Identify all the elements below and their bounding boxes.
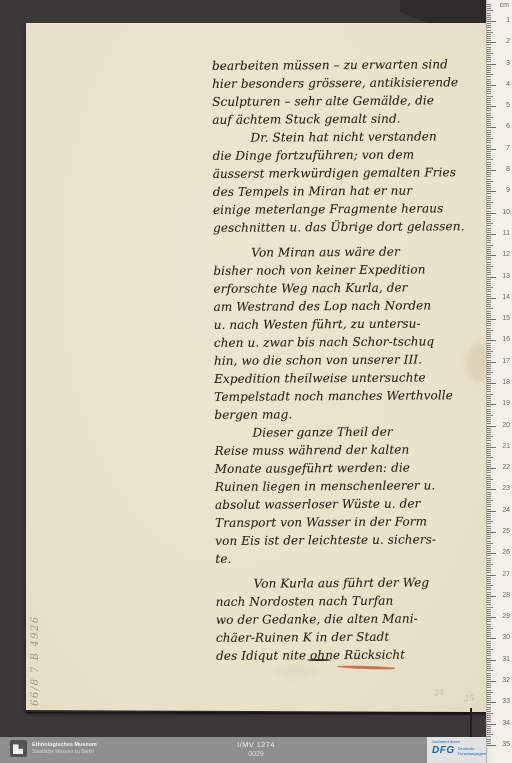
ruler-tick [487, 592, 491, 593]
ruler-cm-label: 22 [496, 464, 510, 472]
ruler-tick [487, 172, 491, 173]
ruler-tick [487, 81, 491, 82]
manuscript-line: hier besonders grössere, antikisierende [212, 73, 478, 93]
ruler-tick [487, 251, 491, 252]
ruler-cm-label: 11 [496, 230, 510, 238]
manuscript-line: Expedition theilweise untersuchte [214, 368, 480, 388]
ruler-tick [487, 72, 491, 73]
ruler-tick [487, 438, 491, 439]
ruler-tick [487, 711, 491, 712]
ruler-tick [487, 745, 496, 746]
ruler-cm-label: 23 [496, 485, 510, 493]
ruler-tick [487, 89, 491, 90]
signature-block: I/MV 1274 0029 [237, 740, 275, 759]
ruler-tick [487, 23, 491, 24]
ruler-tick [487, 409, 491, 410]
ruler-tick [487, 345, 491, 346]
museum-logo-block: Ethnologisches Museum Staatliche Museen … [10, 740, 97, 757]
ruler-tick [487, 717, 491, 718]
ruler-tick [487, 96, 493, 97]
ruler-tick [487, 655, 491, 656]
ruler-tick [487, 357, 491, 358]
ruler-tick [487, 340, 496, 341]
ruler-cm-label: 35 [496, 741, 510, 749]
ruler-tick [487, 98, 491, 99]
ruler-tick [487, 417, 491, 418]
ruler-cm-label: 32 [496, 677, 510, 685]
manuscript-paragraph: Von Miran aus wäre derbisher noch von ke… [213, 242, 480, 424]
ruler-tick [487, 485, 491, 486]
ruler-tick [487, 193, 491, 194]
ruler-tick [487, 481, 491, 482]
ruler-tick [487, 500, 493, 501]
ruler-tick [487, 268, 491, 269]
ruler-tick [487, 211, 491, 212]
ruler-tick [487, 270, 491, 271]
ruler-cm-label: 16 [496, 336, 510, 344]
ruler-tick [487, 696, 491, 697]
ruler-tick [487, 183, 491, 184]
ruler-tick [487, 91, 491, 92]
ruler-tick [487, 123, 491, 124]
ruler-tick [487, 560, 491, 561]
ruler-tick [487, 549, 491, 550]
ruler-tick [487, 687, 491, 688]
ruler-tick [487, 136, 491, 137]
ruler-tick [487, 477, 491, 478]
ruler-tick [487, 8, 491, 9]
ruler-tick [487, 426, 496, 427]
ruler-tick [487, 607, 493, 608]
ruler-tick [487, 721, 491, 722]
ruler-tick [487, 140, 491, 141]
ruler-tick [487, 257, 491, 258]
ruler-tick [487, 704, 491, 705]
manuscript-line: bearbeiten müssen – zu erwarten sind [212, 55, 478, 75]
ruler-cm-label: 1 [496, 17, 510, 25]
ruler-cm-label: 21 [496, 443, 510, 451]
ruler-cm-label: 19 [496, 400, 510, 408]
ruler-tick [487, 492, 491, 493]
ruler-tick [487, 287, 493, 288]
manuscript-line: Von Miran aus wäre der [213, 242, 479, 262]
ruler-tick [487, 732, 491, 733]
ruler-cm-label: 18 [496, 379, 510, 387]
ruler-tick [487, 402, 491, 403]
ruler-tick [487, 100, 491, 101]
ruler-tick [487, 17, 491, 18]
manuscript-line: u. nach Westen führt, zu untersu- [214, 314, 480, 334]
ruler-tick [487, 558, 491, 559]
ruler-tick [487, 311, 491, 312]
ruler-tick [487, 321, 491, 322]
ruler-tick [487, 521, 493, 522]
ruler-tick [487, 528, 491, 529]
ruler-tick [487, 651, 491, 652]
ruler-tick [487, 543, 493, 544]
ruler-tick [487, 430, 491, 431]
ruler-tick [487, 355, 491, 356]
ruler-tick [487, 76, 491, 77]
ruler-tick [487, 291, 491, 292]
ruler-tick [487, 27, 491, 28]
ruler-tick [487, 79, 491, 80]
ruler-tick [487, 555, 491, 556]
ruler-tick [487, 662, 491, 663]
manuscript-paragraph: Dr. Stein hat nicht verstandendie Dinge … [212, 127, 479, 237]
ruler-tick [487, 15, 491, 16]
ruler-tick [487, 185, 491, 186]
ruler-tick [487, 351, 493, 352]
ruler-tick [487, 30, 491, 31]
ruler-tick [487, 64, 496, 65]
ruler-tick [487, 68, 491, 69]
ruler-tick [487, 489, 496, 490]
ruler-tick [487, 636, 491, 637]
handwriting-block: bearbeiten müssen – zu erwarten sindhier… [212, 55, 482, 665]
ruler-tick [487, 34, 491, 35]
ruler-tick [487, 511, 496, 512]
manuscript-line: nach Nordosten nach Turfan [216, 591, 482, 611]
ruler-tick [487, 283, 491, 284]
ruler-tick [487, 44, 491, 45]
ruler-tick [487, 396, 491, 397]
ruler-tick [487, 204, 491, 205]
ruler-tick [487, 330, 493, 331]
ruler-tick [487, 117, 493, 118]
ink-underline-ohne [307, 659, 331, 661]
manuscript-line: äusserst merkwürdigen gemalten Fries [213, 163, 479, 183]
ruler-tick [487, 389, 491, 390]
ruler-tick [487, 741, 491, 742]
ruler-tick [487, 515, 491, 516]
ruler-tick [487, 374, 491, 375]
ruler-tick [487, 541, 491, 542]
ruler-tick [487, 247, 491, 248]
ruler-tick [487, 127, 496, 128]
ruler-tick [487, 619, 491, 620]
ruler-tick [487, 147, 491, 148]
ruler-tick [487, 59, 491, 60]
manuscript-line: Monate ausgeführt werden: die [215, 458, 481, 478]
ruler-cm-label: 33 [496, 698, 510, 706]
ruler-tick [487, 532, 496, 533]
ruler-tick [487, 223, 493, 224]
ruler-tick [487, 308, 493, 309]
ruler-tick [487, 319, 496, 320]
manuscript-line: wo der Gedanke, die alten Mani- [216, 609, 482, 629]
manuscript-line: von Eis ist der leichteste u. sichers- [215, 530, 481, 550]
ruler-tick [487, 404, 496, 405]
funding-prefix: Gefördert durch [432, 739, 460, 744]
ruler-tick [487, 245, 493, 246]
ruler-tick [487, 57, 491, 58]
ruler-cm-label: 9 [496, 187, 510, 195]
ruler-tick [487, 281, 491, 282]
ruler-tick [487, 306, 491, 307]
ruler-tick [487, 685, 491, 686]
ruler-cm-label: 17 [496, 358, 510, 366]
ruler-tick [487, 125, 491, 126]
ruler-tick [487, 372, 493, 373]
ruler-tick [487, 181, 493, 182]
manuscript-line: einige meterlange Fragmente heraus [213, 199, 479, 219]
ruler-tick [487, 668, 491, 669]
ruler-tick [487, 366, 491, 367]
ruler-tick [487, 585, 493, 586]
ruler-tick [487, 572, 491, 573]
ruler-tick [487, 679, 491, 680]
paper-stain [276, 663, 316, 679]
ruler-tick [487, 545, 491, 546]
ruler-tick [487, 709, 491, 710]
ruler-tick [487, 108, 491, 109]
ruler-tick [487, 517, 491, 518]
manuscript-line: Transport von Wasser in der Form [215, 512, 481, 532]
ruler-tick [487, 274, 491, 275]
ruler-cm-label: 8 [496, 166, 510, 174]
manuscript-line: am Westrand des Lop nach Norden [214, 296, 480, 316]
ruler-tick [487, 304, 491, 305]
ruler-tick [487, 364, 491, 365]
ruler-tick [487, 702, 496, 703]
ruler-tick [487, 536, 491, 537]
ruler-tick [487, 353, 491, 354]
ruler-tick [487, 221, 491, 222]
ruler-tick [487, 602, 491, 603]
ruler-tick [487, 4, 491, 5]
ruler-tick [487, 470, 491, 471]
ruler-tick [487, 406, 491, 407]
ruler-tick [487, 272, 491, 273]
ruler-cm-label: 28 [496, 592, 510, 600]
ruler-tick [487, 157, 491, 158]
manuscript-line: Ruinen liegen in menschenleerer u. [215, 476, 481, 496]
ruler-tick [487, 726, 491, 727]
ruler-tick [487, 615, 491, 616]
ruler-tick [487, 113, 491, 114]
ruler-tick [487, 338, 491, 339]
ruler-tick [487, 187, 491, 188]
ruler-tick [487, 387, 491, 388]
ruler-tick [487, 368, 491, 369]
ruler-tick [487, 115, 491, 116]
ruler-tick [487, 624, 491, 625]
museum-logo-icon [10, 740, 27, 757]
ruler-tick [487, 242, 491, 243]
ruler-tick [487, 155, 491, 156]
ruler-tick [487, 198, 491, 199]
pencil-mark: 25 [463, 693, 474, 703]
ruler-tick [487, 460, 491, 461]
manuscript-line: die Dinge fortzuführen; von dem [213, 145, 479, 165]
ruler-tick [487, 464, 491, 465]
ruler-tick [487, 694, 491, 695]
ruler-tick [487, 415, 493, 416]
ruler-cm-label: 30 [496, 634, 510, 642]
ruler-tick [487, 449, 491, 450]
manuscript-line: des Idiqut nite ohne Rücksicht [216, 645, 482, 665]
ruler-tick [487, 328, 491, 329]
ruler-tick [487, 266, 493, 267]
manuscript-line: bergen mag. [214, 404, 480, 424]
ruler-cm-label: 13 [496, 273, 510, 281]
ruler-tick [487, 421, 491, 422]
ruler-tick [487, 589, 491, 590]
ruler-tick [487, 457, 493, 458]
ruler-tick [487, 85, 496, 86]
ruler-tick [487, 289, 491, 290]
ruler-tick [487, 42, 496, 43]
manuscript-paragraph: bearbeiten müssen – zu erwarten sindhier… [212, 55, 478, 129]
ruler-tick [487, 538, 491, 539]
manuscript-line: absolut wasserloser Wüste u. der [215, 494, 481, 514]
ruler-tick [487, 600, 491, 601]
manuscript-line: Von Kurla aus führt der Weg [215, 573, 481, 593]
ruler-tick [487, 102, 491, 103]
ruler-tick [487, 383, 496, 384]
ruler-cm-label: 4 [496, 81, 510, 89]
ruler-tick [487, 566, 491, 567]
ruler-tick [487, 294, 491, 295]
ruler-tick [487, 381, 491, 382]
ruler-tick [487, 428, 491, 429]
ruler-tick [487, 443, 491, 444]
ruler-tick [487, 47, 491, 48]
ruler-tick [487, 159, 493, 160]
ruler-tick [487, 196, 491, 197]
manuscript-paragraph: Dieser ganze Theil derReise muss während… [214, 422, 481, 568]
ruler-tick [487, 575, 496, 576]
ruler-tick [487, 370, 491, 371]
ruler-tick [487, 547, 491, 548]
ruler-tick [487, 526, 491, 527]
ruler-cm-label: 26 [496, 549, 510, 557]
museum-subtitle: Staatliche Museen zu Berlin [32, 749, 97, 755]
ruler-tick [487, 551, 491, 552]
ruler-tick [487, 743, 491, 744]
ruler-tick [487, 423, 491, 424]
ruler-tick [487, 332, 491, 333]
ruler-cm-label: 10 [496, 209, 510, 217]
manuscript-line: geschnitten u. das Übrige dort gelassen. [213, 217, 479, 237]
ruler-tick [487, 647, 491, 648]
ruler-tick [487, 562, 491, 563]
ruler-tick [487, 534, 491, 535]
ruler-tick [487, 472, 491, 473]
ruler-tick [487, 249, 491, 250]
ruler-tick [487, 40, 491, 41]
ruler-tick [487, 553, 496, 554]
ruler-unit-label: cm [500, 2, 509, 9]
ruler-tick [487, 36, 491, 37]
ruler-tick [487, 468, 496, 469]
ruler-tick [487, 217, 491, 218]
manuscript-line: auf ächtem Stuck gemalt sind. [212, 109, 478, 129]
ruler-tick [487, 621, 491, 622]
ruler-tick [487, 379, 491, 380]
ruler-tick [487, 447, 496, 448]
ruler-tick [487, 673, 491, 674]
ruler-tick [487, 498, 491, 499]
ruler-tick [487, 325, 491, 326]
ruler-tick [487, 475, 491, 476]
ruler-tick [487, 453, 491, 454]
ruler-tick [487, 121, 491, 122]
manuscript-line: Sculpturen – sehr alte Gemälde, die [212, 91, 478, 111]
ruler-tick [487, 234, 496, 235]
ruler-tick [487, 645, 491, 646]
ruler-tick [487, 715, 491, 716]
ruler-tick [487, 6, 491, 7]
ruler-tick [487, 119, 491, 120]
ruler-tick [487, 238, 491, 239]
ruler-tick [487, 641, 491, 642]
ruler-tick [487, 130, 491, 131]
ruler-tick [487, 658, 491, 659]
ruler-tick [487, 594, 491, 595]
ruler-tick [487, 206, 491, 207]
ruler-tick [487, 215, 491, 216]
ruler-tick [487, 134, 491, 135]
ruler-tick [487, 145, 491, 146]
ruler-tick [487, 255, 496, 256]
ruler-tick [487, 32, 493, 33]
ruler-tick [487, 13, 491, 14]
ruler-tick [487, 106, 496, 107]
ruler-tick [487, 259, 491, 260]
ruler-tick [487, 568, 491, 569]
ruler-cm-label: 20 [496, 422, 510, 430]
ruler-tick [487, 313, 491, 314]
ruler-tick [487, 360, 491, 361]
ruler-tick [487, 643, 491, 644]
ruler-tick [487, 462, 491, 463]
manuscript-line: des Tempels in Miran hat er nur [213, 181, 479, 201]
ruler-tick [487, 202, 493, 203]
ruler-tick [487, 138, 493, 139]
ruler-tick [487, 10, 493, 11]
ruler-tick [487, 564, 493, 565]
ruler-tick [487, 168, 491, 169]
manuscript-line: Dieser ganze Theil der [214, 422, 480, 442]
ruler-tick [487, 347, 491, 348]
ruler-tick [487, 466, 491, 467]
ruler-tick [487, 179, 491, 180]
ruler-tick [487, 110, 491, 111]
funding-logo-block: Gefördert durch DFG Deutsche Forschungsg… [427, 737, 487, 763]
ruler-tick [487, 739, 491, 740]
ruler-tick [487, 191, 496, 192]
manuscript-line: Reise muss während der kalten [215, 440, 481, 460]
manuscript-line: hin, wo die schon von unserer III. [214, 350, 480, 370]
ruler-tick [487, 504, 491, 505]
ruler-tick [487, 262, 491, 263]
ruler-tick [487, 398, 491, 399]
ruler-tick [487, 617, 496, 618]
ruler-tick [487, 285, 491, 286]
ruler-tick [487, 19, 491, 20]
ruler-tick [487, 445, 491, 446]
ruler-tick [487, 277, 496, 278]
ruler-tick [487, 632, 491, 633]
ruler-tick [487, 419, 491, 420]
ruler-tick [487, 649, 493, 650]
ruler-tick [487, 377, 491, 378]
ruler-tick [487, 225, 491, 226]
ruler-tick [487, 142, 491, 143]
ruler-tick [487, 611, 491, 612]
